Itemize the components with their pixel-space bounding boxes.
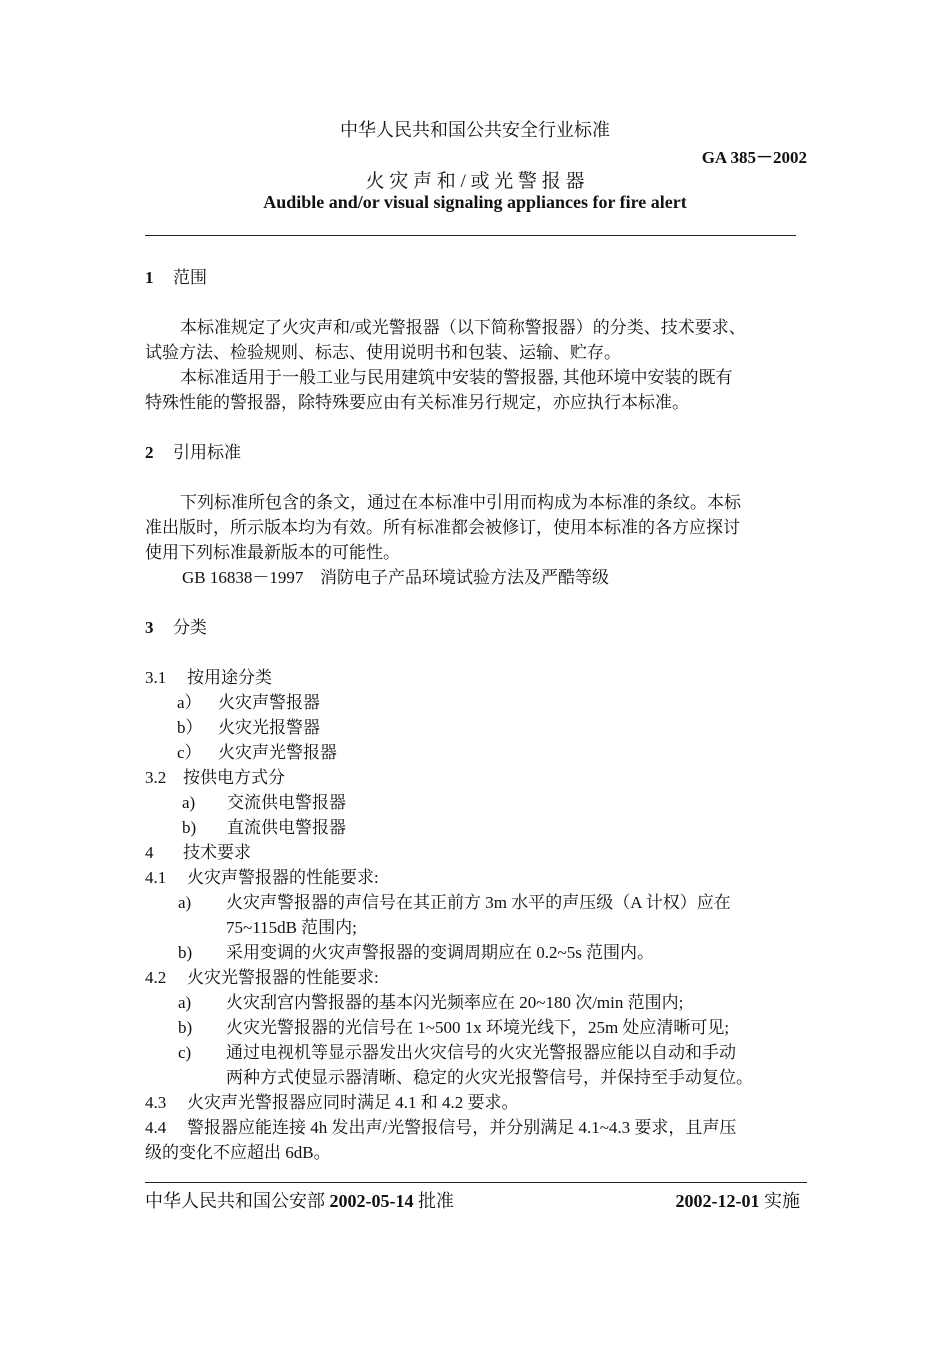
section-2-heading: 2引用标准	[145, 440, 241, 465]
list-label: a)	[182, 790, 227, 815]
subsection-number: 4.4	[145, 1115, 187, 1140]
subsection-4-4: 4.4警报器应能连接 4h 发出声/光警报信号，并分别满足 4.1~4.3 要求…	[145, 1115, 736, 1140]
list-item: a)交流供电警报器	[182, 790, 346, 815]
approve-label: 批准	[418, 1191, 454, 1211]
section-title: 分类	[173, 618, 207, 637]
subsection-4-2: 4.2火灾光警报器的性能要求:	[145, 965, 379, 990]
paragraph-line: 准出版时，所示版本均为有效。所有标准都会被修订，使用本标准的各方应探讨	[145, 515, 740, 540]
list-label: c）	[177, 740, 218, 765]
paragraph-line: 使用下列标准最新版本的可能性。	[145, 540, 400, 565]
subsection-3-2: 3.2按供电方式分	[145, 765, 285, 790]
effective-label: 实施	[764, 1191, 800, 1211]
list-item: a)火灾刮宫内警报器的基本闪光频率应在 20~180 次/min 范围内;	[178, 990, 683, 1015]
section-3-heading: 3分类	[145, 615, 207, 640]
list-text: 火灾光报警器	[218, 718, 320, 737]
list-text: 交流供电警报器	[227, 793, 346, 812]
list-text: 采用变调的火灾声警报器的变调周期应在 0.2~5s 范围内。	[226, 943, 654, 962]
list-label: b)	[178, 1015, 226, 1040]
list-item: b)火灾光警报器的光信号在 1~500 1x 环境光线下，25m 处应清晰可见;	[178, 1015, 729, 1040]
list-label: b)	[178, 940, 226, 965]
list-item: a）火灾声警报器	[177, 690, 320, 715]
list-item: c)通过电视机等显示器发出火灾信号的火灾光警报器应能以自动和手动	[178, 1040, 736, 1065]
subsection-title: 按供电方式分	[183, 768, 285, 787]
subsection-number: 4.1	[145, 865, 187, 890]
list-text: 火灾声光警报器	[218, 743, 337, 762]
title-cn: 火 灾 声 和 / 或 光 警 报 器	[0, 166, 950, 193]
subsection-text: 火灾声光警报器应同时满足 4.1 和 4.2 要求。	[187, 1093, 519, 1112]
paragraph-line: 本标准适用于一般工业与民用建筑中安装的警报器, 其他环境中安装的既有	[180, 365, 733, 390]
subsection-title: 按用途分类	[187, 668, 272, 687]
paragraph-line: 下列标准所包含的条文，通过在本标准中引用而构成为本标准的条纹。本标	[180, 490, 741, 515]
list-label: a)	[178, 890, 226, 915]
reference-standard: GB 16838－1997消防电子产品环境试验方法及严酷等级	[182, 565, 609, 590]
reference-code: GB 16838－1997	[182, 565, 320, 590]
paragraph-line: 本标准规定了火灾声和/或光警报器（以下简称警报器）的分类、技术要求、	[180, 315, 746, 340]
approver: 中华人民共和国公安部	[145, 1191, 325, 1211]
footer-divider	[145, 1182, 807, 1183]
list-label: a）	[177, 690, 218, 715]
subsection-title: 火灾声警报器的性能要求:	[187, 868, 379, 887]
approval-info: 中华人民共和国公安部 2002-05-14 批准	[145, 1187, 454, 1213]
subsection-text: 警报器应能连接 4h 发出声/光警报信号，并分别满足 4.1~4.3 要求，且声…	[187, 1118, 736, 1137]
subsection-title: 火灾光警报器的性能要求:	[187, 968, 379, 987]
section-title: 范围	[173, 268, 207, 287]
list-text: 直流供电警报器	[227, 818, 346, 837]
list-item: b)采用变调的火灾声警报器的变调周期应在 0.2~5s 范围内。	[178, 940, 654, 965]
list-label: a)	[178, 990, 226, 1015]
list-text-continuation: 两种方式使显示器清晰、稳定的火灾光报警信号，并保持至手动复位。	[226, 1065, 753, 1090]
list-text: 火灾光警报器的光信号在 1~500 1x 环境光线下，25m 处应清晰可见;	[226, 1018, 729, 1037]
subsection-4-3: 4.3火灾声光警报器应同时满足 4.1 和 4.2 要求。	[145, 1090, 519, 1115]
subsection-text-continuation: 级的变化不应超出 6dB。	[145, 1140, 331, 1165]
section-1-heading: 1范围	[145, 265, 207, 290]
issuer-title: 中华人民共和国公共安全行业标准	[0, 116, 950, 142]
effective-info: 2002-12-01 实施	[676, 1187, 801, 1213]
paragraph-line: 试验方法、检验规则、标志、使用说明书和包装、运输、贮存。	[145, 340, 621, 365]
subsection-number: 4.2	[145, 965, 187, 990]
approve-date: 2002-05-14	[330, 1191, 414, 1211]
section-title: 技术要求	[183, 843, 251, 862]
list-text: 火灾声警报器	[218, 693, 320, 712]
title-en: Audible and/or visual signaling applianc…	[0, 192, 950, 213]
subsection-number: 4.3	[145, 1090, 187, 1115]
standard-code: GA 385－2002	[702, 143, 807, 168]
reference-title: 消防电子产品环境试验方法及严酷等级	[320, 568, 609, 587]
paragraph-line: 特殊性能的警报器，除特殊要应由有关标准另行规定，亦应执行本标准。	[145, 390, 689, 415]
subsection-4-1: 4.1火灾声警报器的性能要求:	[145, 865, 379, 890]
section-title: 引用标准	[173, 443, 241, 462]
list-item: b）火灾光报警器	[177, 715, 320, 740]
section-number: 2	[145, 440, 173, 465]
section-number: 3	[145, 615, 173, 640]
list-text: 火灾刮宫内警报器的基本闪光频率应在 20~180 次/min 范围内;	[226, 993, 683, 1012]
subsection-3-1: 3.1按用途分类	[145, 665, 272, 690]
list-item: a)火灾声警报器的声信号在其正前方 3m 水平的声压级（A 计权）应在	[178, 890, 731, 915]
list-text: 通过电视机等显示器发出火灾信号的火灾光警报器应能以自动和手动	[226, 1043, 736, 1062]
subsection-number: 3.1	[145, 665, 187, 690]
list-label: b）	[177, 715, 218, 740]
header-divider	[145, 235, 796, 236]
list-label: c)	[178, 1040, 226, 1065]
list-text-continuation: 75~115dB 范围内;	[226, 915, 357, 940]
section-4-heading: 4技术要求	[145, 840, 251, 865]
list-label: b)	[182, 815, 227, 840]
effective-date: 2002-12-01	[676, 1191, 760, 1211]
list-text: 火灾声警报器的声信号在其正前方 3m 水平的声压级（A 计权）应在	[226, 893, 731, 912]
section-number: 1	[145, 265, 173, 290]
section-number: 4	[145, 840, 183, 865]
list-item: c）火灾声光警报器	[177, 740, 337, 765]
list-item: b)直流供电警报器	[182, 815, 346, 840]
subsection-number: 3.2	[145, 765, 183, 790]
